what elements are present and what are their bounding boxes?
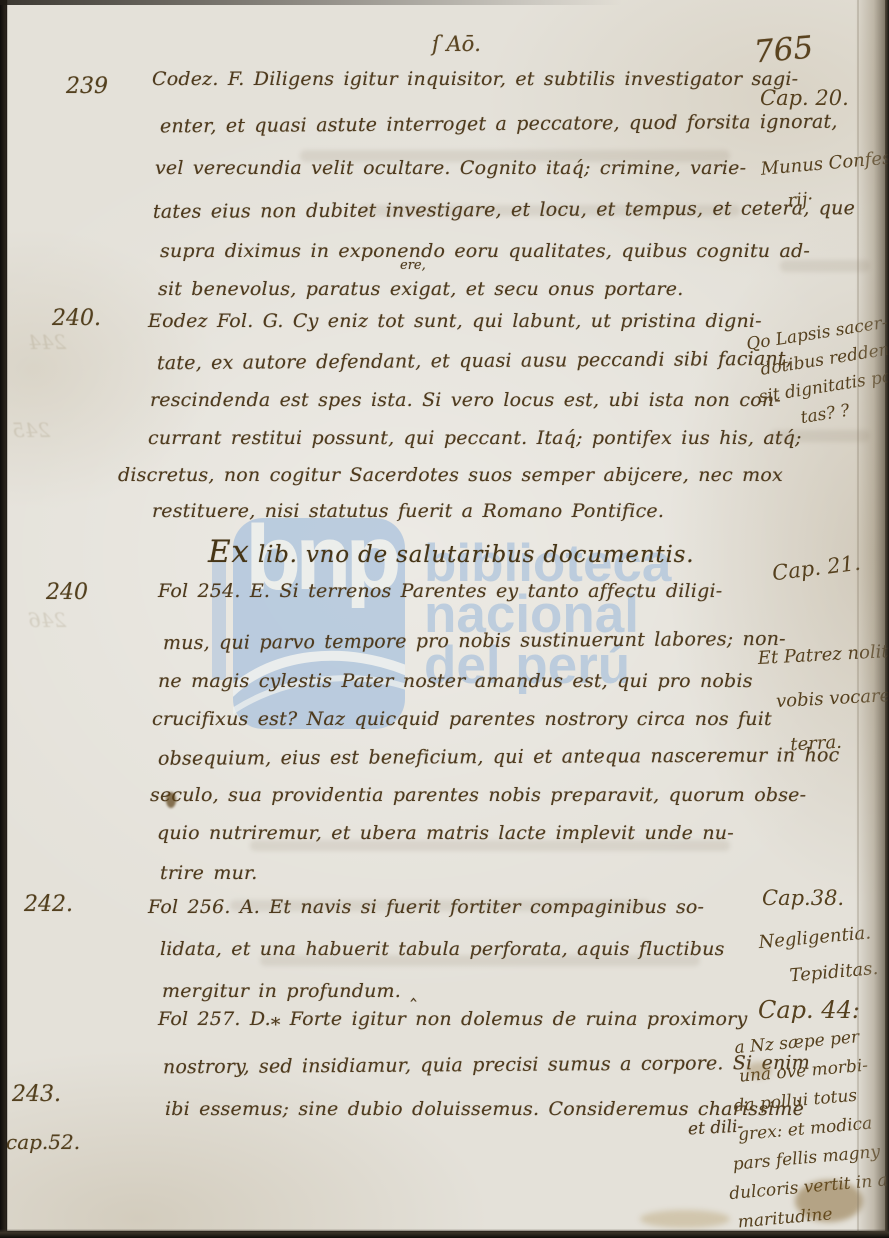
manuscript-line: mus, qui parvo tempore pro nobis sustinu… [163, 628, 786, 654]
manuscript-line: tates eius non dubitet investigare, et l… [153, 197, 855, 223]
manuscript-line: lidata, et una habuerit tabula perforata… [160, 938, 725, 960]
margin-number: 239 [66, 74, 108, 99]
scan-left-edge [0, 0, 8, 1238]
manuscript-line: seculo, sua providentia parentes nobis p… [150, 784, 806, 806]
ink-blot [795, 1180, 863, 1222]
manuscript-line: quio nutriremur, et ubera matris lacte i… [157, 822, 734, 844]
bleedthrough-number: 246 [28, 608, 66, 632]
margin-number-cap52: cap.52. [6, 1130, 80, 1154]
section-heading: Ex lib. vno de salutaribus documentis. [208, 534, 694, 570]
heading-rest: lib. vno de salutaribus documentis. [250, 542, 695, 568]
manuscript-line: supra diximus in exponendo eoru qualitat… [160, 240, 810, 262]
manuscript-line: enter, et quasi astute interroget a pecc… [160, 111, 838, 138]
manuscript-line: obsequium, eius est beneficium, qui et a… [158, 744, 840, 770]
bleedthrough-number: 245 [12, 418, 50, 442]
manuscript-line: tate, ex autore defendant, et quasi ausu… [157, 348, 792, 374]
manuscript-line: Fol 257. D.⁎ Forte igitur non dolemus de… [158, 1008, 747, 1030]
watermark-bracket [212, 560, 226, 680]
manuscript-line: mergitur in profundum. ‸ [162, 980, 417, 1002]
scan-bottom-edge [0, 1229, 889, 1238]
page-number: 765 [753, 29, 815, 70]
manuscript-line: trire mur. [160, 862, 257, 884]
manuscript-line: Eodez Fol. G. Cy eniz tot sunt, qui labu… [148, 310, 762, 332]
manuscript-line: nostrory, sed insidiamur, quia precisi s… [163, 1052, 810, 1079]
manuscript-line: discretus, non cogitur Sacerdotes suos s… [118, 464, 783, 486]
page-fold-line [857, 0, 859, 1238]
manuscript-line: restituere, nisi statutus fuerit a Roman… [152, 500, 664, 522]
manuscript-line: ne magis cylestis Pater noster amandus e… [158, 670, 753, 692]
stain [746, 1062, 772, 1078]
page-right-edge [855, 0, 889, 1238]
manuscript-line: currant restitui possunt, qui peccant. I… [148, 427, 802, 449]
margin-note-cap20: Cap. 20. [760, 86, 849, 110]
stain [166, 792, 176, 808]
heading-initial: Ex [208, 534, 250, 570]
manuscript-line: Fol 256. A. Et navis si fuerit fortiter … [148, 896, 704, 918]
margin-number: 243. [12, 1082, 61, 1107]
manuscript-line: ibi essemus; sine dubio doluissemus. Con… [165, 1098, 804, 1120]
manuscript-line: sit benevolus, paratus exigat, et secu o… [158, 278, 683, 300]
manuscript-line: Codez. F. Diligens igitur inquisitor, et… [152, 68, 798, 90]
manuscript-line: crucifixus est? Naz quicquid parentes no… [152, 708, 772, 730]
top-mark: ſ Aō. [432, 32, 481, 56]
manuscript-scan: 244 245 246 bnp biblioteca nacional del … [0, 0, 889, 1238]
margin-number: 242. [24, 892, 73, 917]
bleedthrough-number: 244 [28, 330, 66, 354]
margin-note-cap38: Cap.38. [762, 886, 844, 910]
stain [640, 1210, 730, 1228]
interlinear-correction: ere, [400, 258, 426, 273]
manuscript-line: vel verecundia velit ocultare. Cognito i… [155, 157, 746, 179]
scan-top-edge [0, 0, 622, 5]
manuscript-line: Fol 254. E. Si terrenos Parentes ey tant… [158, 580, 722, 602]
margin-number: 240. [52, 306, 101, 331]
margin-number: 240 [46, 580, 88, 605]
manuscript-line: rescindenda est spes ista. Si vero locus… [150, 389, 781, 411]
margin-note-cap44: Cap. 44: [758, 996, 860, 1024]
